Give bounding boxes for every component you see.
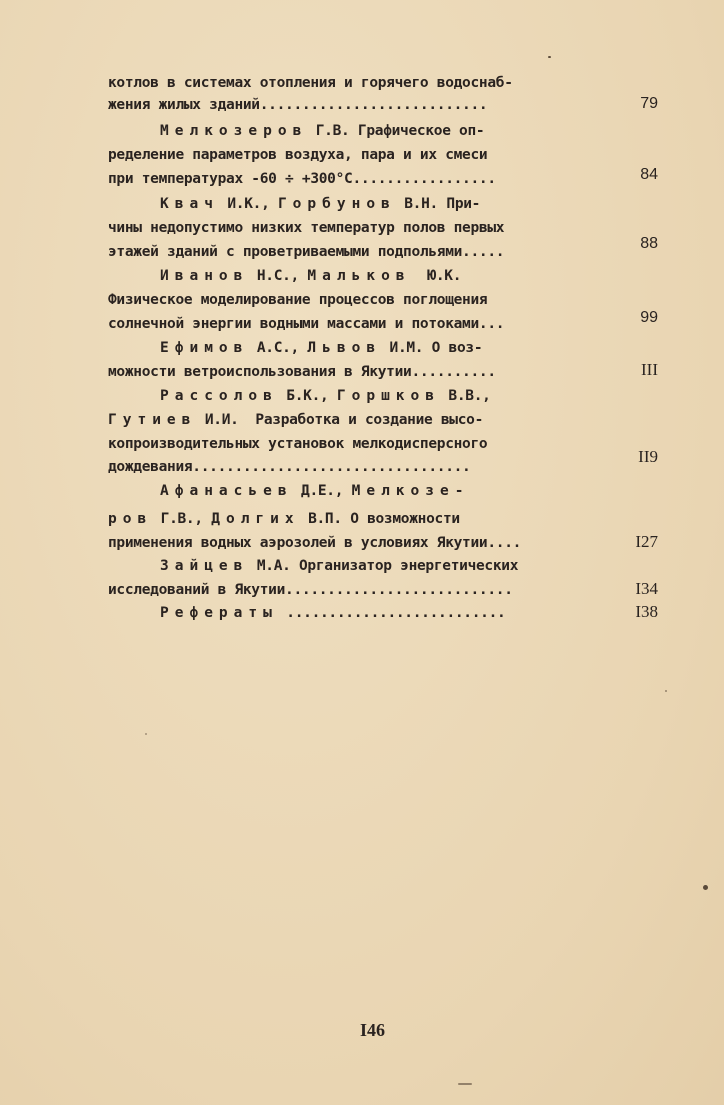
- toc-entry-5-line-1: Ефимов А.С., Львов И.М. О воз-: [160, 339, 482, 357]
- author-name: Зайцев: [160, 558, 248, 574]
- document-page: котлов в системах отопления и горячего в…: [0, 0, 724, 1105]
- author-name: ров: [108, 511, 152, 527]
- toc-entry-7-line-2: ров Г.В., Долгих В.П. О возможности: [108, 510, 460, 528]
- entry-text: И.М. О воз-: [390, 340, 483, 356]
- leader-dots: ..........................: [286, 605, 505, 621]
- toc-entry-3-page: 88: [598, 235, 658, 253]
- toc-entry-6-line-2: Гутиев И.И. Разработка и создание высо-: [108, 411, 483, 429]
- toc-entry-1-line-2: жения жилых зданий......................…: [108, 96, 487, 114]
- author-name: Рассолов: [160, 388, 278, 404]
- scan-speck: [145, 733, 147, 735]
- toc-entry-1-line-1: котлов в системах отопления и горячего в…: [108, 74, 513, 92]
- toc-entry-3-line-3: этажей зданий с проветриваемыми подполья…: [108, 243, 504, 261]
- toc-entry-8-line-1: Зайцев М.А. Организатор энергетических: [160, 557, 518, 575]
- entry-text: Д.Е.,: [301, 483, 343, 499]
- toc-entry-3-line-2: чины недопустимо низких температур полов…: [108, 219, 504, 237]
- toc-entry-6-line-3: копроизводительных установок мелкодиспер…: [108, 435, 487, 453]
- toc-entry-2-line-3: при температурах -60 ÷ +300°С...........…: [108, 170, 496, 188]
- author-name: Квач: [160, 196, 219, 212]
- entry-text: Н.С.,: [257, 268, 299, 284]
- entry-text: В.Н. При-: [404, 196, 480, 212]
- toc-entry-8-line-2: исследований в Якутии...................…: [108, 581, 513, 599]
- toc-entry-8-page: I34: [598, 579, 658, 599]
- entry-text: Ю.К.: [427, 268, 461, 284]
- section-title: Рефераты: [160, 605, 278, 621]
- entry-text: Б.К.,: [286, 388, 328, 404]
- entry-text: И.И. Разработка и создание высо-: [205, 412, 483, 428]
- toc-entry-5-page: III: [598, 360, 658, 380]
- author-name: Долгих: [211, 511, 299, 527]
- author-name: Мелкозе-: [352, 483, 470, 499]
- scan-speck: [548, 56, 551, 58]
- author-name: Горшков: [337, 388, 440, 404]
- toc-entry-1-page: 79: [598, 95, 658, 113]
- toc-entry-4-line-2: Физическое моделирование процессов погло…: [108, 291, 487, 309]
- toc-entry-4-page: 99: [598, 309, 658, 327]
- entry-text: И.К.,: [227, 196, 269, 212]
- entry-text: В.В.,: [448, 388, 490, 404]
- toc-entry-2-line-2: ределение параметров воздуха, пара и их …: [108, 146, 487, 164]
- author-name: Гутиев: [108, 412, 196, 428]
- entry-text: Г.В.,: [161, 511, 203, 527]
- toc-entry-5-line-2: можности ветроиспользования в Якутии....…: [108, 363, 496, 381]
- toc-entry-2-page: 84: [598, 166, 658, 184]
- toc-entry-6-page: II9: [598, 447, 658, 467]
- scan-speck: [665, 690, 667, 692]
- page-number: I46: [360, 1020, 385, 1041]
- author-name: Горбунов: [278, 196, 396, 212]
- entry-text: В.П. О возможности: [308, 511, 460, 527]
- toc-entry-7-page: I27: [598, 532, 658, 552]
- toc-entry-7-line-1: Афанасьев Д.Е., Мелкозе-: [160, 482, 469, 500]
- toc-entry-6-line-4: дождевания..............................…: [108, 458, 470, 476]
- author-name: Афанасьев: [160, 483, 293, 499]
- toc-entry-2-line-1: Мелкозеров Г.В. Графическое оп-: [160, 122, 484, 140]
- author-name: Иванов: [160, 268, 248, 284]
- entry-text: Г.В. Графическое оп-: [316, 123, 485, 139]
- entry-text: М.А. Организатор энергетических: [257, 558, 518, 574]
- author-name: Львов: [307, 340, 381, 356]
- scan-speck: [703, 885, 708, 890]
- toc-entry-6-line-1: Рассолов Б.К., Горшков В.В.,: [160, 387, 491, 405]
- author-name: Ефимов: [160, 340, 248, 356]
- toc-entry-9-line-1: Рефераты ..........................: [160, 604, 505, 622]
- entry-text: А.С.,: [257, 340, 299, 356]
- toc-entry-7-line-3: применения водных аэрозолей в условиях Я…: [108, 534, 521, 552]
- toc-entry-4-line-1: Иванов Н.С., Мальков Ю.К.: [160, 267, 461, 285]
- toc-entry-4-line-3: солнечной энергии водными массами и пото…: [108, 315, 504, 333]
- author-name: Мелкозеров: [160, 123, 307, 139]
- toc-entry-9-page: I38: [598, 602, 658, 622]
- scan-speck: [458, 1083, 472, 1085]
- toc-entry-3-line-1: Квач И.К., Горбунов В.Н. При-: [160, 195, 480, 213]
- author-name: Мальков: [307, 268, 410, 284]
